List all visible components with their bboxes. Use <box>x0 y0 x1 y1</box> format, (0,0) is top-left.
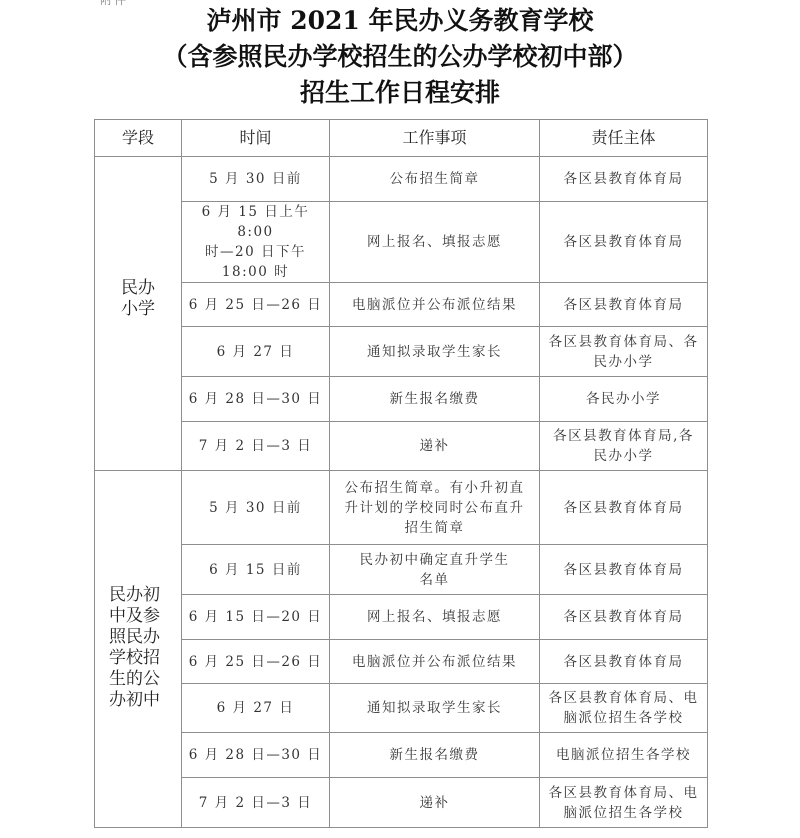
stage-label-line: 办初中 <box>109 690 167 711</box>
owner-cell: 各民办小学 <box>540 377 708 422</box>
table-row: 民办初中及参照民办学校招生的公办初中5 月 30 日前公布招生简章。有小升初直升… <box>95 471 708 545</box>
task-cell: 电脑派位并公布派位结果 <box>330 640 540 684</box>
time-cell: 5 月 30 日前 <box>182 471 330 545</box>
owner-text-line: 各区县教育体育局、电 <box>544 783 703 803</box>
time-text-line: 18:00 时 <box>186 262 325 282</box>
owner-cell: 电脑派位招生各学校 <box>540 733 708 778</box>
owner-text-line: 各区县教育体育局 <box>544 169 703 189</box>
task-text-line: 招生简章 <box>334 518 535 538</box>
owner-cell: 各区县教育体育局、电脑派位招生各学校 <box>540 684 708 733</box>
stage-label-line: 中及参 <box>109 606 167 627</box>
time-cell: 5 月 30 日前 <box>182 157 330 202</box>
column-header-time: 时间 <box>182 120 330 157</box>
stage-label-line: 照民办 <box>109 627 167 648</box>
task-text-line: 公布招生简章 <box>334 169 535 189</box>
time-text-line: 6 月 15 日前 <box>186 560 325 580</box>
task-text-line: 通知拟录取学生家长 <box>334 342 535 362</box>
table-row: 6 月 27 日通知拟录取学生家长各区县教育体育局、各民办小学 <box>95 327 708 377</box>
task-text-line: 公布招生简章。有小升初直 <box>334 478 535 498</box>
table-row: 6 月 15 日前民办初中确定直升学生名单各区县教育体育局 <box>95 545 708 595</box>
stage-label-line: 民办初 <box>109 585 167 606</box>
task-cell: 网上报名、填报志愿 <box>330 202 540 283</box>
time-cell: 6 月 15 日上午 8:00时—20 日下午18:00 时 <box>182 202 330 283</box>
stage-label-line: 小学 <box>118 299 158 320</box>
task-cell: 民办初中确定直升学生名单 <box>330 545 540 595</box>
time-cell: 6 月 25 日—26 日 <box>182 640 330 684</box>
schedule-table: 学段 时间 工作事项 责任主体 民办小学5 月 30 日前公布招生简章各区县教育… <box>94 119 708 828</box>
table-header-row: 学段 时间 工作事项 责任主体 <box>95 120 708 157</box>
document-title-line-1: 泸州市 2021 年民办义务教育学校 <box>0 4 800 38</box>
time-text-line: 6 月 25 日—26 日 <box>186 652 325 672</box>
table-row: 民办小学5 月 30 日前公布招生简章各区县教育体育局 <box>95 157 708 202</box>
task-text-line: 升计划的学校同时公布直升 <box>334 498 535 518</box>
owner-cell: 各区县教育体育局 <box>540 595 708 640</box>
table-row: 6 月 28 日—30 日新生报名缴费各民办小学 <box>95 377 708 422</box>
owner-text-line: 各区县教育体育局 <box>544 560 703 580</box>
task-cell: 电脑派位并公布派位结果 <box>330 283 540 327</box>
time-text-line: 6 月 28 日—30 日 <box>186 389 325 409</box>
stage-label-line: 民办 <box>118 278 158 299</box>
task-cell: 新生报名缴费 <box>330 377 540 422</box>
time-cell: 6 月 15 日前 <box>182 545 330 595</box>
stage-label-line: 学校招 <box>109 648 167 669</box>
time-text-line: 6 月 27 日 <box>186 698 325 718</box>
task-text-line: 民办初中确定直升学生 <box>334 550 535 570</box>
stage-cell: 民办小学 <box>95 157 182 471</box>
task-text-line: 网上报名、填报志愿 <box>334 232 535 252</box>
table-row: 6 月 25 日—26 日电脑派位并公布派位结果各区县教育体育局 <box>95 640 708 684</box>
time-text-line: 5 月 30 日前 <box>186 169 325 189</box>
time-text-line: 6 月 27 日 <box>186 342 325 362</box>
owner-cell: 各区县教育体育局 <box>540 640 708 684</box>
owner-cell: 各区县教育体育局 <box>540 157 708 202</box>
table-row: 7 月 2 日—3 日递补各区县教育体育局、电脑派位招生各学校 <box>95 778 708 828</box>
task-cell: 通知拟录取学生家长 <box>330 327 540 377</box>
task-text-line: 电脑派位并公布派位结果 <box>334 652 535 672</box>
time-cell: 6 月 28 日—30 日 <box>182 377 330 422</box>
document-title-line-2: （含参照民办学校招生的公办学校初中部） <box>0 40 800 74</box>
owner-text-line: 各区县教育体育局 <box>544 498 703 518</box>
owner-cell: 各区县教育体育局 <box>540 283 708 327</box>
owner-text-line: 各民办小学 <box>544 389 703 409</box>
owner-text-line: 各区县教育体育局、电 <box>544 688 703 708</box>
owner-text-line: 各区县教育体育局 <box>544 652 703 672</box>
time-text-line: 7 月 2 日—3 日 <box>186 793 325 813</box>
owner-text-line: 各区县教育体育局、各 <box>544 332 703 352</box>
task-cell: 公布招生简章。有小升初直升计划的学校同时公布直升招生简章 <box>330 471 540 545</box>
owner-text-line: 电脑派位招生各学校 <box>544 745 703 765</box>
time-text-line: 6 月 15 日上午 8:00 <box>186 202 325 242</box>
task-text-line: 新生报名缴费 <box>334 745 535 765</box>
task-cell: 网上报名、填报志愿 <box>330 595 540 640</box>
owner-cell: 各区县教育体育局 <box>540 545 708 595</box>
table-row: 6 月 27 日通知拟录取学生家长各区县教育体育局、电脑派位招生各学校 <box>95 684 708 733</box>
stage-label-line: 生的公 <box>109 669 167 690</box>
owner-cell: 各区县教育体育局,各民办小学 <box>540 422 708 471</box>
owner-cell: 各区县教育体育局、电脑派位招生各学校 <box>540 778 708 828</box>
owner-text-line: 民办小学 <box>544 446 703 466</box>
column-header-stage: 学段 <box>95 120 182 157</box>
task-text-line: 网上报名、填报志愿 <box>334 607 535 627</box>
time-cell: 6 月 28 日—30 日 <box>182 733 330 778</box>
table-row: 6 月 28 日—30 日新生报名缴费电脑派位招生各学校 <box>95 733 708 778</box>
table-row: 6 月 15 日上午 8:00时—20 日下午18:00 时网上报名、填报志愿各… <box>95 202 708 283</box>
time-cell: 6 月 27 日 <box>182 684 330 733</box>
owner-cell: 各区县教育体育局、各民办小学 <box>540 327 708 377</box>
time-cell: 6 月 25 日—26 日 <box>182 283 330 327</box>
task-cell: 公布招生简章 <box>330 157 540 202</box>
task-text-line: 名单 <box>334 570 535 590</box>
time-text-line: 7 月 2 日—3 日 <box>186 436 325 456</box>
time-text-line: 6 月 28 日—30 日 <box>186 745 325 765</box>
time-text-line: 5 月 30 日前 <box>186 498 325 518</box>
owner-cell: 各区县教育体育局 <box>540 471 708 545</box>
owner-text-line: 各区县教育体育局,各 <box>544 426 703 446</box>
task-cell: 通知拟录取学生家长 <box>330 684 540 733</box>
task-text-line: 通知拟录取学生家长 <box>334 698 535 718</box>
table-row: 6 月 25 日—26 日电脑派位并公布派位结果各区县教育体育局 <box>95 283 708 327</box>
column-header-task: 工作事项 <box>330 120 540 157</box>
time-text-line: 6 月 15 日—20 日 <box>186 607 325 627</box>
time-text-line: 6 月 25 日—26 日 <box>186 295 325 315</box>
task-text-line: 递补 <box>334 793 535 813</box>
task-cell: 新生报名缴费 <box>330 733 540 778</box>
time-text-line: 时—20 日下午 <box>186 242 325 262</box>
time-cell: 6 月 15 日—20 日 <box>182 595 330 640</box>
owner-text-line: 各区县教育体育局 <box>544 607 703 627</box>
time-cell: 6 月 27 日 <box>182 327 330 377</box>
owner-text-line: 各区县教育体育局 <box>544 232 703 252</box>
task-text-line: 新生报名缴费 <box>334 389 535 409</box>
task-text-line: 递补 <box>334 436 535 456</box>
task-text-line: 电脑派位并公布派位结果 <box>334 295 535 315</box>
column-header-owner: 责任主体 <box>540 120 708 157</box>
time-cell: 7 月 2 日—3 日 <box>182 422 330 471</box>
time-cell: 7 月 2 日—3 日 <box>182 778 330 828</box>
table-row: 6 月 15 日—20 日网上报名、填报志愿各区县教育体育局 <box>95 595 708 640</box>
owner-text-line: 脑派位招生各学校 <box>544 803 703 823</box>
task-cell: 递补 <box>330 422 540 471</box>
owner-text-line: 脑派位招生各学校 <box>544 708 703 728</box>
table-row: 7 月 2 日—3 日递补各区县教育体育局,各民办小学 <box>95 422 708 471</box>
owner-cell: 各区县教育体育局 <box>540 202 708 283</box>
stage-cell: 民办初中及参照民办学校招生的公办初中 <box>95 471 182 828</box>
owner-text-line: 各区县教育体育局 <box>544 295 703 315</box>
owner-text-line: 民办小学 <box>544 352 703 372</box>
document-title-line-3: 招生工作日程安排 <box>0 76 800 110</box>
task-cell: 递补 <box>330 778 540 828</box>
